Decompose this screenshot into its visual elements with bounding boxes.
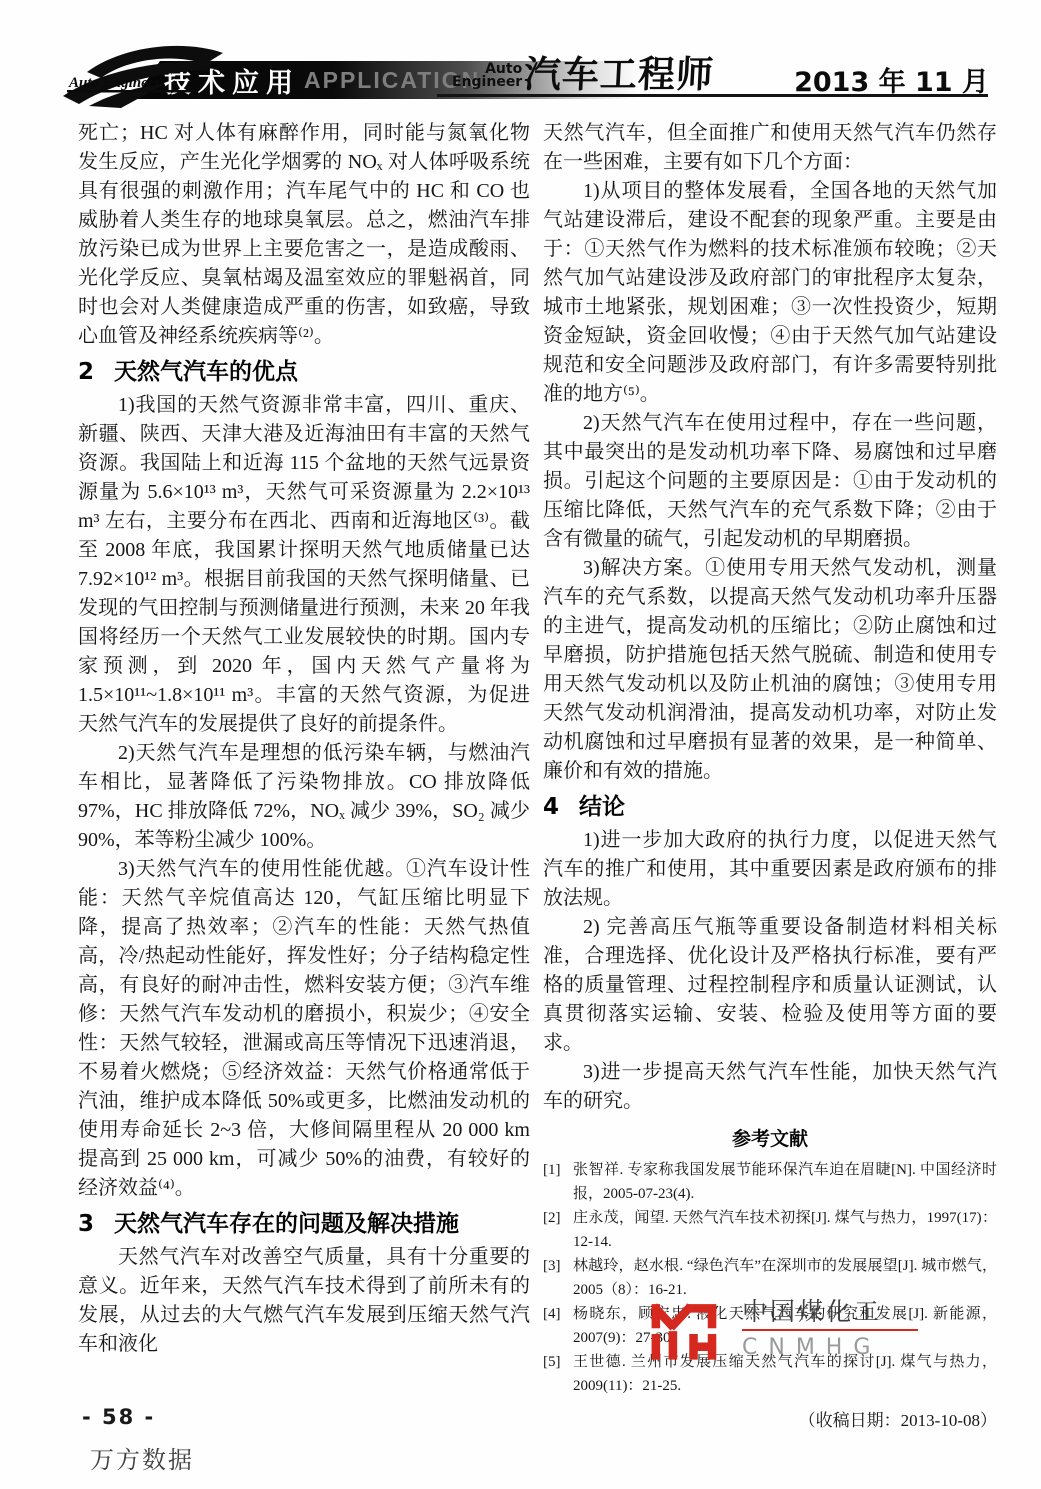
reference-text: 林越玲，赵水根. “绿色汽车”在深圳市的发展展望[J]. 城市燃气，2005（8… xyxy=(573,1254,997,1302)
section-title: 天然气汽车存在的问题及解决措施 xyxy=(114,1211,459,1237)
scanned-paper-page: 技术应用 APPLICATION Auto Engineer Auto Engi… xyxy=(0,0,1041,1489)
reference-number: [1] xyxy=(543,1158,573,1206)
page-number: - 58 - xyxy=(82,1405,155,1429)
reference-number: [4] xyxy=(543,1302,573,1350)
section-number: 3 xyxy=(78,1211,94,1237)
paragraph: 2)天然气汽车是理想的低污染车辆，与燃油汽车相比，显著降低了污染物排放。CO 排… xyxy=(78,739,530,855)
reference-number: [3] xyxy=(543,1254,573,1302)
section-title: 结论 xyxy=(579,794,625,820)
paragraph: 2) 完善高压气瓶等重要设备制造材料相关标准，合理选择、优化设计及严格执行标准，… xyxy=(543,913,997,1058)
svg-text:Auto Engineer: Auto Engineer xyxy=(68,75,160,91)
wanfang-watermark: 万方数据 xyxy=(90,1440,194,1475)
journal-logo-en: Auto Engineer xyxy=(452,63,522,89)
brand-name-en: CNMHG xyxy=(742,1333,918,1363)
reference-item: [2] 庄永茂，闻望. 天然气汽车技术初探[J]. 煤气与热力，1997(17)… xyxy=(543,1206,997,1254)
section-heading-2: 2天然气汽车的优点 xyxy=(78,356,530,388)
paragraph: 1)从项目的整体发展看，全国各地的天然气加气站建设滞后，建设不配套的现象严重。主… xyxy=(543,177,997,409)
reference-number: [5] xyxy=(543,1350,573,1398)
paragraph: 2)天然气汽车在使用过程中，存在一些问题，其中最突出的是发动机功率下降、易腐蚀和… xyxy=(543,409,997,554)
received-date: （收稿日期：2013-10-08） xyxy=(543,1406,997,1435)
journal-title: 汽车工程师 xyxy=(523,56,715,94)
section-title: 天然气汽车的优点 xyxy=(114,359,298,385)
reference-text: 张智祥. 专家称我国发展节能环保汽车迫在眉睫[N]. 中国经济时报，2005-0… xyxy=(573,1158,997,1206)
paragraph: 3)解决方案。①使用专用天然气发动机，测量汽车的充气系数，以提高天然气发动机功率… xyxy=(543,554,997,786)
paragraph: 3)天然气汽车的使用性能优越。①汽车设计性能：天然气辛烷值高达 120，气缸压缩… xyxy=(78,855,530,1203)
reference-number: [2] xyxy=(543,1206,573,1254)
brand-underline xyxy=(742,1329,918,1331)
reference-item: [3] 林越玲，赵水根. “绿色汽车”在深圳市的发展展望[J]. 城市燃气，20… xyxy=(543,1254,997,1302)
journal-logo: Auto Engineer 汽车工程师 xyxy=(452,56,714,94)
column-left: 死亡；HC 对人体有麻醉作用，同时能与氮氧化物发生反应，产生光化学烟雾的 NOₓ… xyxy=(78,119,530,1359)
section-heading-4: 4结论 xyxy=(543,791,997,823)
section-heading-3: 3天然气汽车存在的问题及解决措施 xyxy=(78,1208,530,1240)
journal-logo-en-bottom: Engineer xyxy=(452,76,522,89)
paragraph: 3)进一步提高天然气汽车性能，加快天然气汽车的研究。 xyxy=(543,1058,997,1116)
brand-text: 中国煤化工 CNMHG xyxy=(742,1297,918,1363)
paragraph: 1)我国的天然气资源非常丰富，四川、重庆、新疆、陕西、天津大港及近海油田有丰富的… xyxy=(78,391,530,739)
paragraph: 天然气汽车对改善空气质量，具有十分重要的意义。近年来，天然气汽车技术得到了前所未… xyxy=(78,1243,530,1359)
cnmhg-monogram-icon xyxy=(640,1297,730,1361)
brand-name-cn: 中国煤化工 xyxy=(742,1297,918,1327)
reference-text: 庄永茂，闻望. 天然气汽车技术初探[J]. 煤气与热力，1997(17)：12-… xyxy=(573,1206,997,1254)
column-right: 天然气汽车，但全面推广和使用天然气汽车仍然存在一些困难，主要有如下几个方面： 1… xyxy=(543,119,997,1435)
section-number: 2 xyxy=(78,359,94,385)
cnmhg-brand-logo: 中国煤化工 CNMHG xyxy=(640,1297,918,1363)
paragraph-intro-continuation: 死亡；HC 对人体有麻醉作用，同时能与氮氧化物发生反应，产生光化学烟雾的 NOₓ… xyxy=(78,119,530,351)
section-number: 4 xyxy=(543,794,559,820)
paragraph: 1)进一步加大政府的执行力度，以促进天然气汽车的推广和使用，其中重要因素是政府颁… xyxy=(543,826,997,913)
paragraph-continuation: 天然气汽车，但全面推广和使用天然气汽车仍然存在一些困难，主要有如下几个方面： xyxy=(543,119,997,177)
auto-engineer-wing-logo-icon: Auto Engineer xyxy=(55,40,235,117)
reference-item: [1] 张智祥. 专家称我国发展节能环保汽车迫在眉睫[N]. 中国经济时报，20… xyxy=(543,1158,997,1206)
references-title: 参考文献 xyxy=(543,1124,997,1154)
